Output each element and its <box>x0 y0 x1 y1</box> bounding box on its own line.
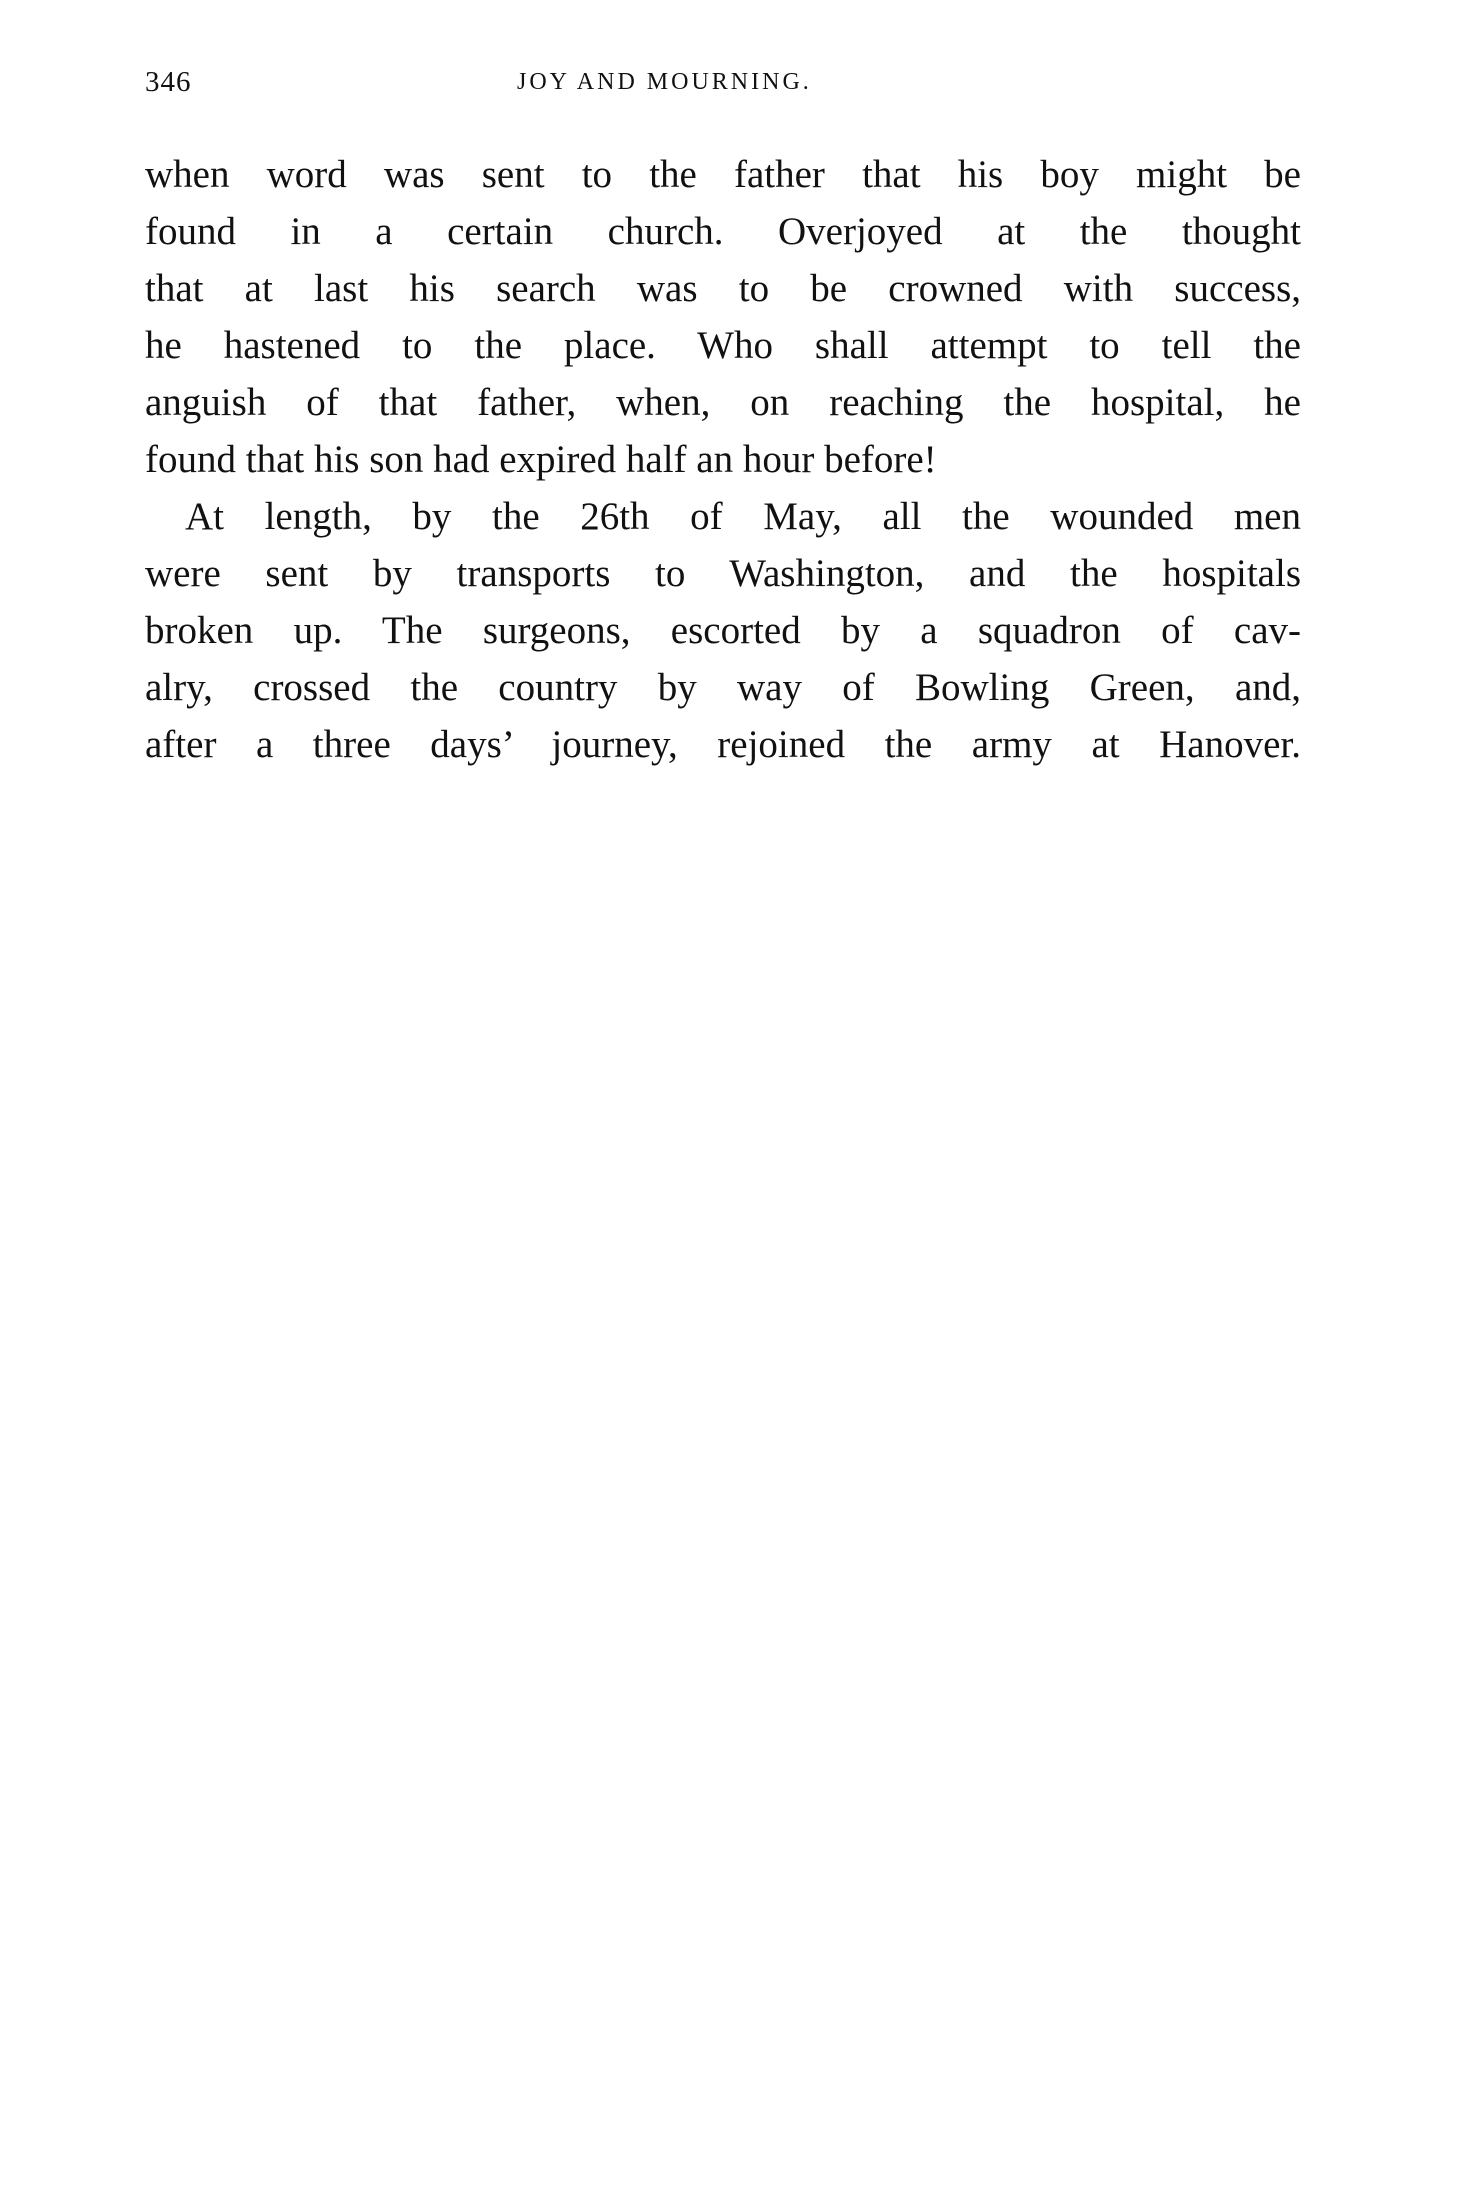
book-page: 346 JOY AND MOURNING. when word was sent… <box>0 0 1474 2203</box>
text-line: broken up. The surgeons, escorted by a s… <box>145 602 1301 659</box>
paragraph-1: when word was sent to the father that hi… <box>145 146 1301 488</box>
running-title: JOY AND MOURNING. <box>517 62 812 102</box>
page-number: 346 <box>145 62 192 102</box>
text-line: found that his son had expired half an h… <box>145 431 1301 488</box>
text-line: he hastened to the place. Who shall atte… <box>145 317 1301 374</box>
text-line: that at last his search was to be crowne… <box>145 260 1301 317</box>
text-line: At length, by the 26th of May, all the w… <box>145 488 1301 545</box>
text-line: anguish of that father, when, on reachin… <box>145 374 1301 431</box>
text-line: after a three days’ journey, rejoined th… <box>145 716 1301 773</box>
text-line: alry, crossed the country by way of Bowl… <box>145 659 1301 716</box>
paragraph-2: At length, by the 26th of May, all the w… <box>145 488 1301 773</box>
body-text: when word was sent to the father that hi… <box>145 146 1301 773</box>
text-line: found in a certain church. Overjoyed at … <box>145 203 1301 260</box>
text-line: were sent by transports to Washington, a… <box>145 545 1301 602</box>
running-head: 346 JOY AND MOURNING. <box>145 62 1300 102</box>
text-line: when word was sent to the father that hi… <box>145 146 1301 203</box>
